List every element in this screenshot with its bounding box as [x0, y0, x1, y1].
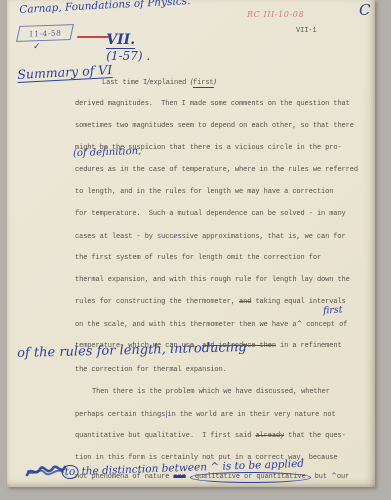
- ink-scribble: [25, 463, 67, 479]
- typed-line: cedures as in the case of temperature, w…: [75, 166, 358, 175]
- annotation-distinction: to the distinction between ^ is to be ap…: [41, 446, 305, 491]
- struck-word: and: [239, 298, 251, 306]
- corner-mark: C: [359, 1, 370, 19]
- typed-line: for temperature. Such a mutual dependenc…: [75, 210, 346, 219]
- paper-sheet: Carnap, Foundations of Physics. 11-4-58 …: [7, 0, 375, 487]
- typed-line: to length, and in the rules for length w…: [75, 188, 333, 197]
- typed-line: not phenomena of nature are qualitative …: [75, 472, 349, 482]
- typed-line: the first system of rules for length omi…: [75, 254, 321, 263]
- typed-line: quantitative but qualitative. I first sa…: [75, 432, 346, 441]
- checkmark-icon: ✓: [33, 42, 41, 52]
- stamp-date: 11-4-58: [28, 28, 61, 38]
- typed-line: tion in this form is certainly not put i…: [75, 454, 337, 463]
- typed-line: Last time I/explained (first): [102, 78, 216, 88]
- handwritten-title: Carnap, Foundations of Physics.: [19, 0, 191, 16]
- typed-line: on the scale, and with this thermometer …: [75, 320, 347, 330]
- scribbled-word: are: [173, 473, 185, 481]
- scanned-page: Carnap, Foundations of Physics. 11-4-58 …: [0, 0, 391, 500]
- typed-line: derived magnitudes. Then I made some com…: [75, 100, 350, 109]
- typed-line: rules for constructing the thermometer, …: [75, 298, 346, 307]
- circled-phrase: qualitative or quantitative: [190, 472, 311, 483]
- typed-line: temperature, which we can use, and intro…: [75, 342, 342, 351]
- typed-line: the correction for thermal expansion.: [75, 366, 227, 375]
- typed-line: perhaps certain things|in the world are …: [75, 410, 336, 420]
- red-underline: [77, 36, 109, 38]
- date-stamp: 11-4-58: [16, 24, 74, 42]
- struck-word: already: [255, 432, 284, 440]
- typed-line: might be the suspicion that there is a v…: [75, 144, 342, 153]
- paren-mark: ): [214, 78, 217, 86]
- struck-phrase: and introduce then: [202, 342, 276, 350]
- catalog-reference: RC III-10-08: [247, 10, 304, 19]
- page-number: VII-1: [296, 27, 317, 36]
- typed-line: cases at least - by successive approxima…: [75, 232, 346, 242]
- typed-line: thermal expansion, and with this rough r…: [75, 276, 350, 285]
- typed-line: Then there is the problem which we have …: [92, 388, 330, 397]
- typed-line: sometimes two magnitudes seem to depend …: [75, 122, 354, 131]
